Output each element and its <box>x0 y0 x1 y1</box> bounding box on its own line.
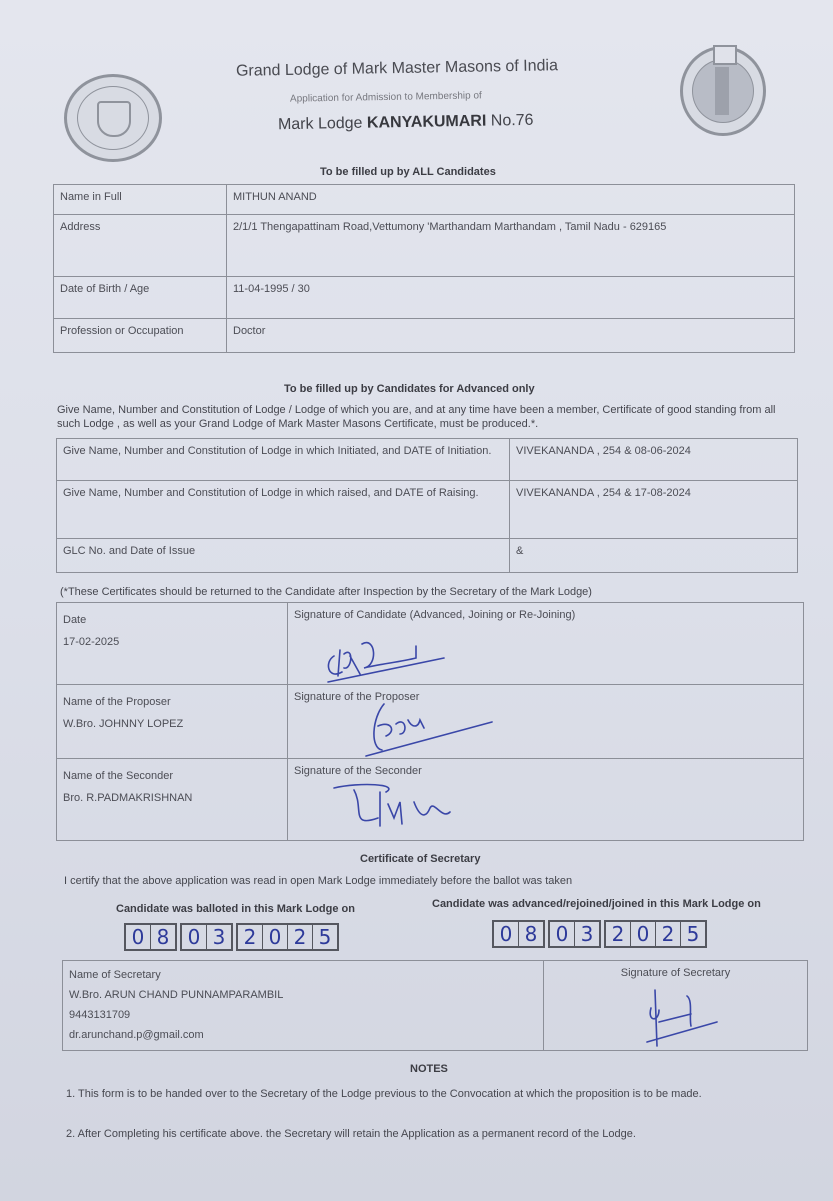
secretary-certificate-heading: Certificate of Secretary <box>360 853 480 865</box>
date-digit: 0 <box>550 922 575 946</box>
proposer-signature-icon <box>362 698 502 763</box>
lodge-name: KANYAKUMARI <box>367 113 487 132</box>
address-value: 2/1/1 Thengapattinam Road,Vettumony 'Mar… <box>227 215 795 277</box>
seconder-name: Bro. R.PADMAKRISHNAN <box>63 787 281 809</box>
lodge-history-table: Give Name, Number and Constitution of Lo… <box>56 438 798 573</box>
candidate-signature-icon <box>320 636 450 691</box>
balloted-date-boxes: 0 8 0 3 2 0 2 5 <box>124 923 339 951</box>
lodge-prefix: Mark Lodge <box>278 115 363 133</box>
table-row: GLC No. and Date of Issue & <box>57 539 798 573</box>
secretary-phone: 9443131709 <box>69 1005 537 1025</box>
dob-value: 11-04-1995 / 30 <box>227 277 795 319</box>
seconder-label: Name of the Seconder <box>63 765 281 787</box>
date-digit: 0 <box>631 922 656 946</box>
table-row: Name in Full MITHUN ANAND <box>54 185 795 215</box>
form-subtitle: Application for Admission to Membership … <box>290 90 482 104</box>
secretary-signature-icon <box>645 988 725 1053</box>
date-value: 17-02-2025 <box>63 631 281 653</box>
notes-heading: NOTES <box>410 1063 448 1075</box>
advanced-day: 0 8 <box>492 920 545 948</box>
secretary-statement: I certify that the above application was… <box>64 874 572 888</box>
note-1: 1. This form is to be handed over to the… <box>66 1087 806 1102</box>
name-label: Name in Full <box>54 185 227 215</box>
lodge-title: Mark Lodge KANYAKUMARI No.76 <box>278 112 534 134</box>
proposer-cell: Name of the Proposer W.Bro. JOHNNY LOPEZ <box>57 685 288 759</box>
advanced-date-boxes: 0 8 0 3 2 0 2 5 <box>492 920 707 948</box>
date-digit: 0 <box>494 922 519 946</box>
raising-value: VIVEKANANDA , 254 & 17-08-2024 <box>510 481 798 539</box>
candidate-details-table: Name in Full MITHUN ANAND Address 2/1/1 … <box>53 184 795 353</box>
table-row: Give Name, Number and Constitution of Lo… <box>57 481 798 539</box>
name-value: MITHUN ANAND <box>227 185 795 215</box>
table-row: Date of Birth / Age 11-04-1995 / 30 <box>54 277 795 319</box>
date-digit: 8 <box>151 925 175 949</box>
table-row: Give Name, Number and Constitution of Lo… <box>57 439 798 481</box>
date-digit: 2 <box>238 925 263 949</box>
seconder-signature-icon <box>330 778 480 843</box>
date-digit: 0 <box>126 925 151 949</box>
secretary-email: dr.arunchand.p@gmail.com <box>69 1025 537 1045</box>
raising-label: Give Name, Number and Constitution of Lo… <box>57 481 510 539</box>
date-digit: 0 <box>263 925 288 949</box>
date-digit: 3 <box>207 925 231 949</box>
advanced-label: Candidate was advanced/rejoined/joined i… <box>432 898 761 910</box>
organization-title: Grand Lodge of Mark Master Masons of Ind… <box>236 57 558 81</box>
dob-label: Date of Birth / Age <box>54 277 227 319</box>
secretary-details-cell: Name of Secretary W.Bro. ARUN CHAND PUNN… <box>63 961 544 1051</box>
date-digit: 5 <box>681 922 705 946</box>
certificates-footnote: (*These Certificates should be returned … <box>60 585 592 599</box>
advanced-instructions: Give Name, Number and Constitution of Lo… <box>57 403 777 431</box>
balloted-day: 0 8 <box>124 923 177 951</box>
address-label: Address <box>54 215 227 277</box>
date-digit: 8 <box>519 922 543 946</box>
advanced-year: 2 0 2 5 <box>604 920 707 948</box>
occupation-label: Profession or Occupation <box>54 319 227 353</box>
secretary-name-label: Name of Secretary <box>69 965 537 985</box>
seconder-cell: Name of the Seconder Bro. R.PADMAKRISHNA… <box>57 759 288 841</box>
balloted-label: Candidate was balloted in this Mark Lodg… <box>116 903 355 915</box>
proposer-label: Name of the Proposer <box>63 691 281 713</box>
date-digit: 5 <box>313 925 337 949</box>
date-digit: 3 <box>575 922 599 946</box>
advanced-heading: To be filled up by Candidates for Advanc… <box>284 383 535 395</box>
grand-lodge-seal-icon <box>64 74 162 162</box>
date-digit: 2 <box>288 925 313 949</box>
occupation-value: Doctor <box>227 319 795 353</box>
initiation-value: VIVEKANANDA , 254 & 08-06-2024 <box>510 439 798 481</box>
advanced-month: 0 3 <box>548 920 601 948</box>
table-row: Address 2/1/1 Thengapattinam Road,Vettum… <box>54 215 795 277</box>
date-digit: 2 <box>656 922 681 946</box>
date-label: Date <box>63 609 281 631</box>
regional-grand-lodge-seal-icon <box>680 46 766 136</box>
balloted-year: 2 0 2 5 <box>236 923 339 951</box>
note-2: 2. After Completing his certificate abov… <box>66 1127 806 1142</box>
all-candidates-heading: To be filled up by ALL Candidates <box>320 166 496 178</box>
proposer-name: W.Bro. JOHNNY LOPEZ <box>63 713 281 735</box>
date-digit: 0 <box>182 925 207 949</box>
balloted-month: 0 3 <box>180 923 233 951</box>
initiation-label: Give Name, Number and Constitution of Lo… <box>57 439 510 481</box>
glc-value: & <box>510 539 798 573</box>
secretary-name: W.Bro. ARUN CHAND PUNNAMPARAMBIL <box>69 985 537 1005</box>
application-form: Grand Lodge of Mark Master Masons of Ind… <box>0 0 833 1201</box>
date-cell: Date 17-02-2025 <box>57 603 288 685</box>
glc-label: GLC No. and Date of Issue <box>57 539 510 573</box>
date-digit: 2 <box>606 922 631 946</box>
lodge-number: No.76 <box>491 112 534 130</box>
table-row: Profession or Occupation Doctor <box>54 319 795 353</box>
